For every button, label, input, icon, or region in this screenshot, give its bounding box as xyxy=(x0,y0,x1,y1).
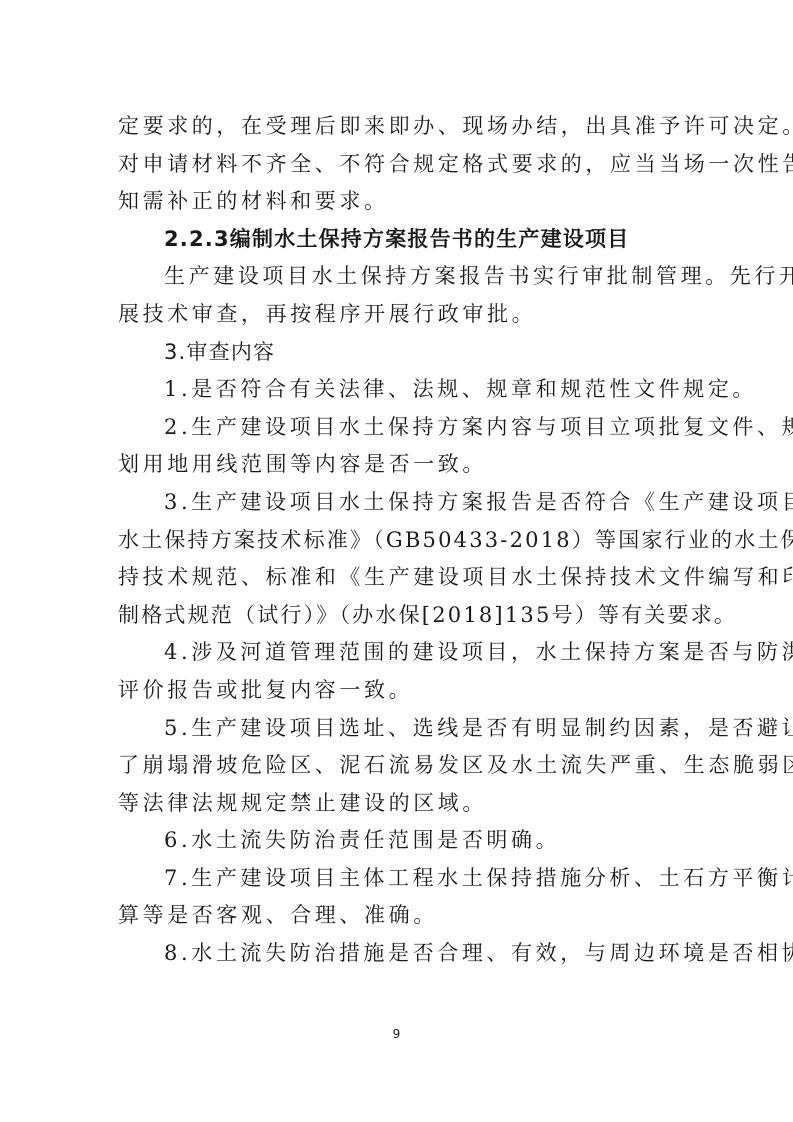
list-item-8: 8.水土流失防治措施是否合理、有效，与周边环境是否相协 xyxy=(118,935,708,973)
page-number: 9 xyxy=(0,1027,793,1041)
document-page-body: 定要求的，在受理后即来即办、现场办结，出具准予许可决定。 对申请材料不齐全、不符… xyxy=(118,108,708,973)
paragraph-line: 知需补正的材料和要求。 xyxy=(118,183,708,221)
list-item-6: 6.水土流失防治责任范围是否明确。 xyxy=(118,822,708,860)
paragraph-line: 对申请材料不齐全、不符合规定格式要求的，应当当场一次性告 xyxy=(118,146,708,184)
list-item-4-continued: 评价报告或批复内容一致。 xyxy=(118,672,708,710)
list-item-5: 5.生产建设项目选址、选线是否有明显制约因素，是否避让 xyxy=(118,710,708,748)
list-item-4: 4.涉及河道管理范围的建设项目，水土保持方案是否与防洪 xyxy=(118,634,708,672)
paragraph-line: 展技术审查，再按程序开展行政审批。 xyxy=(118,296,708,334)
list-item-5-continued: 了崩塌滑坡危险区、泥石流易发区及水土流失严重、生态脆弱区 xyxy=(118,747,708,785)
list-item-7-continued: 算等是否客观、合理、准确。 xyxy=(118,897,708,935)
list-item-3-continued: 制格式规范（试行）》（办水保[2018]135号）等有关要求。 xyxy=(118,597,708,635)
list-item-7: 7.生产建设项目主体工程水土保持措施分析、土石方平衡计 xyxy=(118,860,708,898)
list-item-3: 3.生产建设项目水土保持方案报告是否符合《生产建设项目 xyxy=(118,484,708,522)
paragraph-line: 生产建设项目水土保持方案报告书实行审批制管理。先行开 xyxy=(118,258,708,296)
subsection-heading-review-content: 3.审查内容 xyxy=(118,334,708,372)
list-item-5-continued: 等法律法规规定禁止建设的区域。 xyxy=(118,785,708,823)
list-item-2: 2.生产建设项目水土保持方案内容与项目立项批复文件、规 xyxy=(118,409,708,447)
list-item-2-continued: 划用地用线范围等内容是否一致。 xyxy=(118,446,708,484)
list-item-3-continued: 水土保持方案技术标准》（GB50433-2018）等国家行业的水土保 xyxy=(118,522,708,560)
list-item-3-continued: 持技术规范、标准和《生产建设项目水土保持技术文件编写和印 xyxy=(118,559,708,597)
paragraph-line: 定要求的，在受理后即来即办、现场办结，出具准予许可决定。 xyxy=(118,108,708,146)
list-item-1: 1.是否符合有关法律、法规、规章和规范性文件规定。 xyxy=(118,371,708,409)
section-heading-2-2-3: 2.2.3编制水土保持方案报告书的生产建设项目 xyxy=(118,221,708,259)
